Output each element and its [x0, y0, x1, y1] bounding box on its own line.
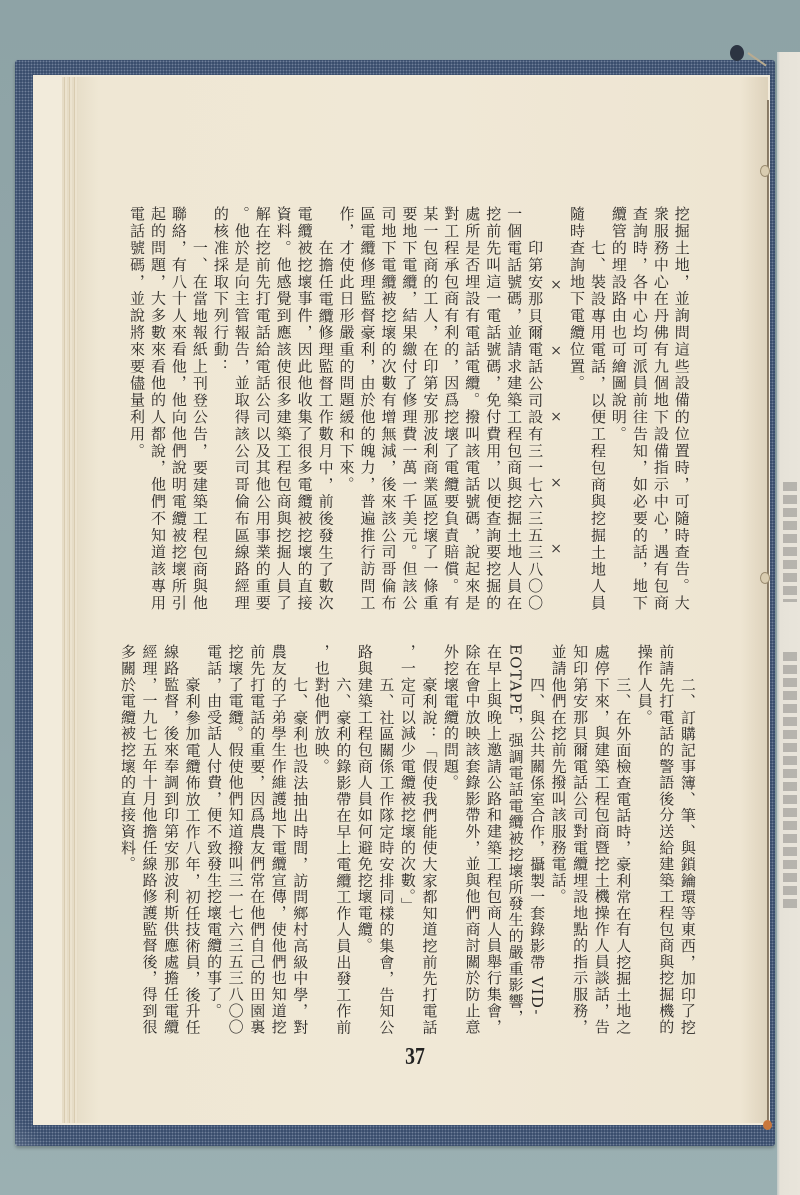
adjacent-page-edge [777, 52, 800, 1195]
lower-text-block: 二、訂購記事簿、筆、與鎖鑰環等東西，加印了挖 前請先打電話的警語後分送給建築工程… [119, 644, 697, 1039]
text-column: 挖前先叫這一電話號碼，免付費用，以便查詢要挖掘的 [484, 206, 502, 618]
page-edges [62, 77, 78, 1123]
text-column: 衆服務中心在丹佛有九個地下設備指示中心，遇有包商 [652, 206, 670, 618]
binding-knot [730, 45, 744, 61]
text-column: 在早上與晚上邀請公路和建築工程包商人員舉行集會， [485, 644, 503, 1039]
text-column: 七、豪利也設法抽出時間，訪問鄉村高級中學，對 [291, 644, 309, 1039]
text-column: 操作人員。 [636, 644, 654, 1039]
text-column: 農友的子弟學生作維護地下電纜宣傳，使他們也知道挖 [270, 644, 288, 1039]
text-column: 作，才使此日形嚴重的問題緩和下來。 [338, 206, 356, 618]
text-column: EOTAPE，强調電話電纜被挖壞所發生的嚴重影響， [507, 644, 525, 1039]
text-column: 纜管的埋設路由也可繪圖說明。 [610, 206, 628, 618]
text-column: 豪利參加電纜佈放工作八年，初任技術員，後升任 [184, 644, 202, 1039]
text-column: 處所是否埋設有電話電纜。撥叫該電話號碼，說起來是 [463, 206, 481, 618]
text-column: 二、訂購記事簿、筆、與鎖鑰環等東西，加印了挖 [679, 644, 697, 1039]
text-column: ，也對他們放映。 [313, 644, 331, 1039]
text-column: 一、在當地報紙上刊登公告，要建築工程包商與他 [191, 206, 209, 618]
text-column: 挖壞了電纜。假使他們知道撥叫三一七六三五三八〇〇 [227, 644, 245, 1039]
text-column: 經理，一九七五年十月他擔任線路修護監督後，得到很 [141, 644, 159, 1039]
text-column: 電話，由受話人付費，便不致發生挖壞電纜的事了。 [205, 644, 223, 1039]
text-column: 線路監督，後來奉調到印第安那波利斯供應處擔任電纜 [162, 644, 180, 1039]
text-column: 七、裝設專用電話，以便工程包商與挖掘土地人員 [589, 206, 607, 618]
text-column: 四、與公共關係室合作，攝製一套錄影帶 VID- [528, 644, 546, 1039]
text-column: 並請他們在挖前先撥叫該服務電話。 [550, 644, 568, 1039]
text-column: ，一定可以減少電纜被挖壞的次數。」 [399, 644, 417, 1039]
text-column: 電話號碼，並說將來要儘量利用。 [128, 206, 146, 618]
text-column: 六、豪利的錄影帶在早上電纜工作人員出發工作前 [334, 644, 352, 1039]
section-separator: × × × × × [547, 206, 565, 618]
text-column: 的核准採取下列行動： [212, 206, 230, 618]
adjacent-page-text [783, 652, 797, 912]
text-column: 在擔任電纜修理監督工作數月中，前後發生了數次 [317, 206, 335, 618]
text-column: 。他於是向主管報告，並取得該公司哥倫布區線路經理 [233, 206, 251, 618]
text-column: 解在挖前先打電話給電話公司以及其他公用事業的重要 [254, 206, 272, 618]
text-column: 查詢時，各中心均可派員前往告知，如必要的話，地下 [631, 206, 649, 618]
text-column: 一個電話號碼，並請求建築工程包商與挖掘土地人員在 [505, 206, 523, 618]
text-column: 前請先打電話的警語後分送給建築工程包商與挖掘機的 [657, 644, 675, 1039]
text-column: 三、在外面檢查電話時，豪利常在有人挖掘土地之 [614, 644, 632, 1039]
separator-mark: × [550, 409, 562, 425]
text-column: 資料。他感覺到應該使很多建築工程包商與挖掘人員了 [275, 206, 293, 618]
separator-mark: × [550, 277, 562, 293]
text-column: 挖掘土地，並詢問這些設備的位置時，可隨時查告。大 [673, 206, 691, 618]
text-column: 除在會中放映該套錄影帶外，並與他們商討關於防止意 [464, 644, 482, 1039]
upper-text-block: 挖掘土地，並詢問這些設備的位置時，可隨時查告。大 衆服務中心在丹佛有九個地下設備… [128, 206, 691, 618]
text-column: 印第安那貝爾電話公司設有三一七六三五三八〇〇 [526, 206, 544, 618]
text-column: 前先打電話的重要，因爲農友們常在他們自己的田園裏 [248, 644, 266, 1039]
text-column: 多關於電纜被挖壞的直接資料。 [119, 644, 137, 1039]
text-column: 隨時查詢地下電纜位置。 [568, 206, 586, 618]
binding-knot [763, 1120, 772, 1130]
text-column: 豪利說：「假使我們能使大家都知道挖前先打電話 [420, 644, 438, 1039]
text-column: 區電纜修理監督豪利，由於他的魄力，普遍推行訪問工 [358, 206, 376, 618]
text-column: 處停下來，與建築工程包商暨挖土機操作人員談話，告 [593, 644, 611, 1039]
text-column: 要地下電纜，結果繳付了修理費一萬一千美元。但該公 [400, 206, 418, 618]
separator-mark: × [550, 475, 562, 491]
text-column: 聯絡，有八十人來看他，他向他們說明電纜被挖壞所引 [170, 206, 188, 618]
text-column: 某一包商的工人，在印第安那波利商業區挖壞了一條重 [421, 206, 439, 618]
spine-gutter [767, 100, 769, 1125]
separator-mark: × [550, 343, 562, 359]
text-column: 對工程承包商有利的，因爲挖壞了電纜要負責賠償。有 [442, 206, 460, 618]
text-column: 知印第安那貝爾電話公司對電纜埋設地點的指示服務， [571, 644, 589, 1039]
text-column: 路與建築工程包商人員如何避免挖壞電纜。 [356, 644, 374, 1039]
adjacent-page-text [783, 482, 797, 602]
text-column: 外挖壞電纜的問題。 [442, 644, 460, 1039]
binding-knot [760, 165, 770, 177]
text-column: 司地下電纜被挖壞的次數有增無減，後來該公司哥倫布 [379, 206, 397, 618]
separator-mark: × [550, 541, 562, 557]
page-number: 37 [399, 1044, 432, 1071]
text-column: 起的問題，大多數來看他的人都說，他們不知道該專用 [149, 206, 167, 618]
text-column: 電纜被挖壞事件，因此他收集了很多電纜被挖壞的直接 [296, 206, 314, 618]
text-column: 五、社區關係工作隊定時安排同樣的集會，告知公 [377, 644, 395, 1039]
binding-knot [760, 572, 770, 584]
